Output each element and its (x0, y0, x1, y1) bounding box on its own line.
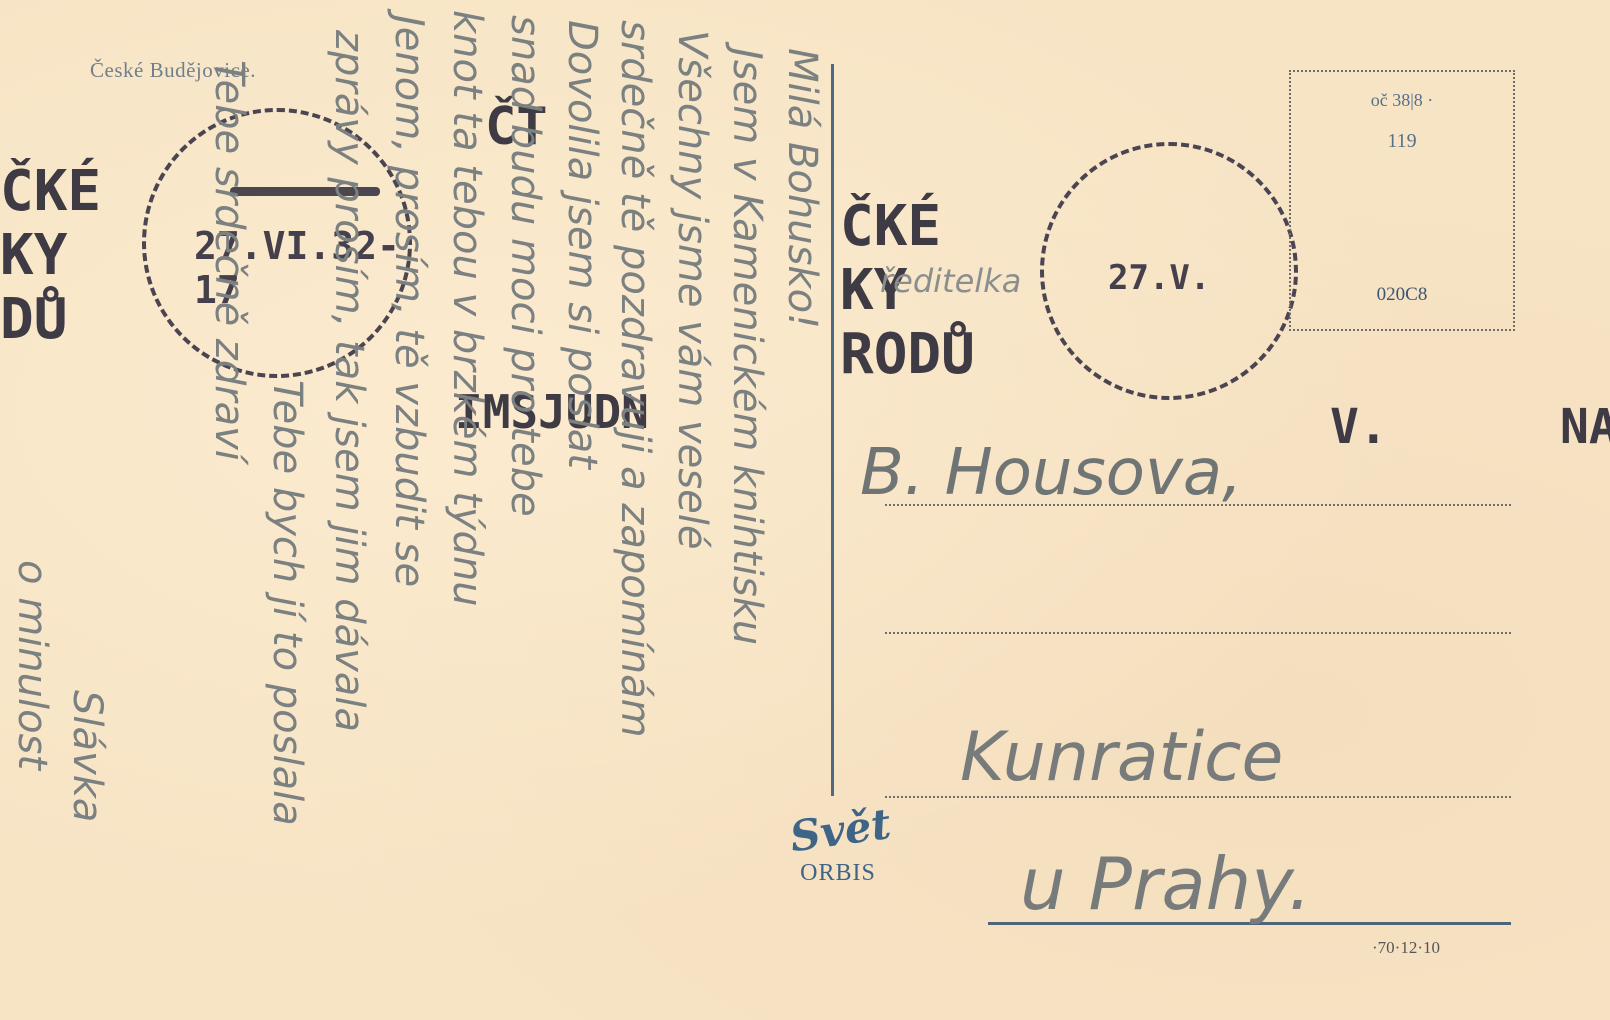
address-title: ředitelka (880, 262, 1021, 300)
stamp-box-number: 119 (1291, 130, 1513, 153)
svet-logo-icon: Svět (787, 802, 888, 861)
slogan-cancel-edge: NA (1560, 395, 1610, 459)
message-column: Jenom, prosím, tě vzbudit se (386, 15, 432, 587)
address-recipient: B. Housova, (860, 436, 1242, 510)
slogan-cancel-left: ČKÉ KY DŮ (0, 160, 101, 352)
message-column: snad budu moci pro tebe (502, 15, 548, 517)
message-column: Dovolila jsem si poslat (559, 20, 605, 469)
message-column: Jsem v Kamenickém knihtisku (724, 48, 770, 645)
message-column: Tebe bych jí to poslala (264, 380, 310, 826)
message-column: Všechny jsme vám veselé (669, 30, 715, 549)
message-column: knot ta tebou v brzkém týdnu (444, 10, 490, 607)
printer-code: ·70·12·10 (1372, 938, 1440, 958)
stamp-box: oč 38|8 · 119 020C8 (1289, 70, 1515, 331)
postcard: České Budějovice. ČKÉ KY DŮ 27.VI.32-17 … (0, 0, 1610, 1020)
address-line-2 (885, 632, 1511, 634)
postmark-right: 27.V. (1040, 142, 1298, 400)
message-column: o minulost (9, 560, 55, 770)
address-town: Kunratice (960, 718, 1283, 797)
publisher-logo: Svět ORBIS (790, 808, 886, 887)
message-signature: Slávka (64, 690, 110, 822)
divider-line (831, 64, 834, 796)
message-column: Milá Bohusko! (779, 48, 825, 329)
stamp-box-code: oč 38|8 · (1291, 90, 1513, 111)
postmark-date: 27.V. (1108, 258, 1210, 298)
message-column: srdečně tě pozdravuji a zapomínám (612, 20, 658, 738)
message-column: zprávy prosím, tak jsem jim dávala (326, 30, 372, 732)
address-city: u Prahy. (1020, 842, 1311, 926)
slogan-cancel-far-right: V. (1330, 395, 1388, 459)
message-column: Tebe srdečně zdraví (206, 60, 252, 461)
stamp-box-serial: 020C8 (1291, 284, 1513, 306)
publisher-name: ORBIS (790, 860, 886, 887)
